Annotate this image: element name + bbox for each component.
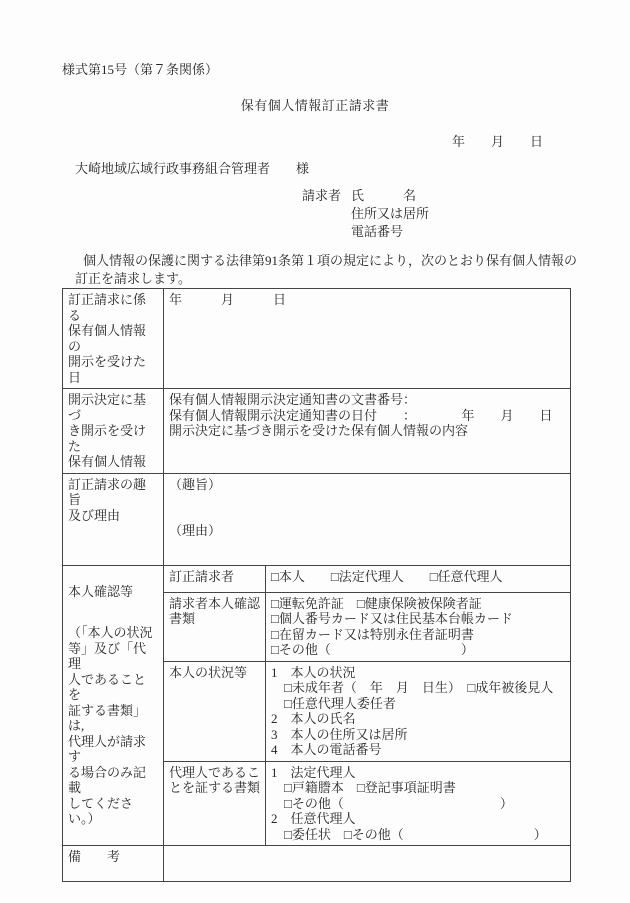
cell-id-documents-options: □運転免許証 □健康保険被保険者証 □個人番号カード又は住民基本台帳カード □在… (266, 592, 571, 661)
cell-principal-status-options: 1 本人の状況 □未成年者（ 年 月 日生） □成年被後見人 □任意代理人委任者… (266, 661, 571, 761)
intro-paragraph-line-1: 個人情報の保護に関する法律第91条第１項の規定により，次のとおり保有個人情報の (83, 252, 577, 270)
cell-disclosed-info-label: 開示決定に基づ き開示を受けた 保有個人情報 (63, 389, 164, 474)
cell-disclosure-date-label: 訂正請求に係る 保有個人情報の 開示を受けた日 (63, 289, 164, 389)
form-number: 様式第15号（第７条関係） (62, 61, 218, 79)
document-title: 保有個人情報訂正請求書 (241, 97, 390, 115)
addressee-line: 大崎地域広域行政事務組合管理者 様 (75, 160, 309, 178)
requester-name-line: 氏 名 (351, 187, 416, 205)
cell-identity-check-label: 本人確認等 （「本人の状況 等」及び「代理 人であることを 証する書類」は, 代… (63, 565, 164, 846)
cell-requester-type-label: 訂正請求者 (164, 565, 266, 592)
cell-disclosed-info-value: 保有個人情報開示決定通知書の文書番号： 保有個人情報開示決定通知書の日付 ： 年… (164, 389, 571, 474)
document-page: 様式第15号（第７条関係） 保有個人情報訂正請求書 年 月 日 大崎地域広域行政… (0, 0, 630, 903)
cell-agent-proof-label: 代理人であるこ とを証する書類 (164, 761, 266, 846)
cell-purpose-reason-label: 訂正請求の趣旨 及び理由 (63, 473, 164, 565)
cell-principal-status-label: 本人の状況等 (164, 661, 266, 761)
intro-paragraph-line-2: 訂正を請求します。 (75, 270, 191, 288)
requester-label: 請求者 (302, 187, 341, 205)
cell-remarks-value (164, 846, 571, 882)
requester-phone-line: 電話番号 (351, 223, 403, 241)
cell-requester-type-options: □本人 □法定代理人 □任意代理人 (266, 565, 571, 592)
cell-disclosure-date-value: 年 月 日 (164, 289, 571, 389)
cell-remarks-label: 備 考 (63, 846, 164, 882)
cell-purpose-reason-value: （趣旨） （理由） (164, 473, 571, 565)
request-form-table: 訂正請求に係る 保有個人情報の 開示を受けた日 年 月 日 開示決定に基づ き開… (62, 288, 571, 882)
cell-id-documents-label: 請求者本人確認 書類 (164, 592, 266, 661)
requester-address-line: 住所又は居所 (351, 205, 429, 223)
cell-agent-proof-options: 1 法定代理人 □戸籍謄本 □登記事項証明書 □その他（ ） 2 任意代理人 □… (266, 761, 571, 846)
identity-check-note: （「本人の状況 等」及び「代理 人であることを 証する書類」は, 代理人が請求す… (68, 625, 158, 827)
identity-check-title: 本人確認等 (68, 584, 158, 600)
date-line: 年 月 日 (452, 133, 543, 151)
